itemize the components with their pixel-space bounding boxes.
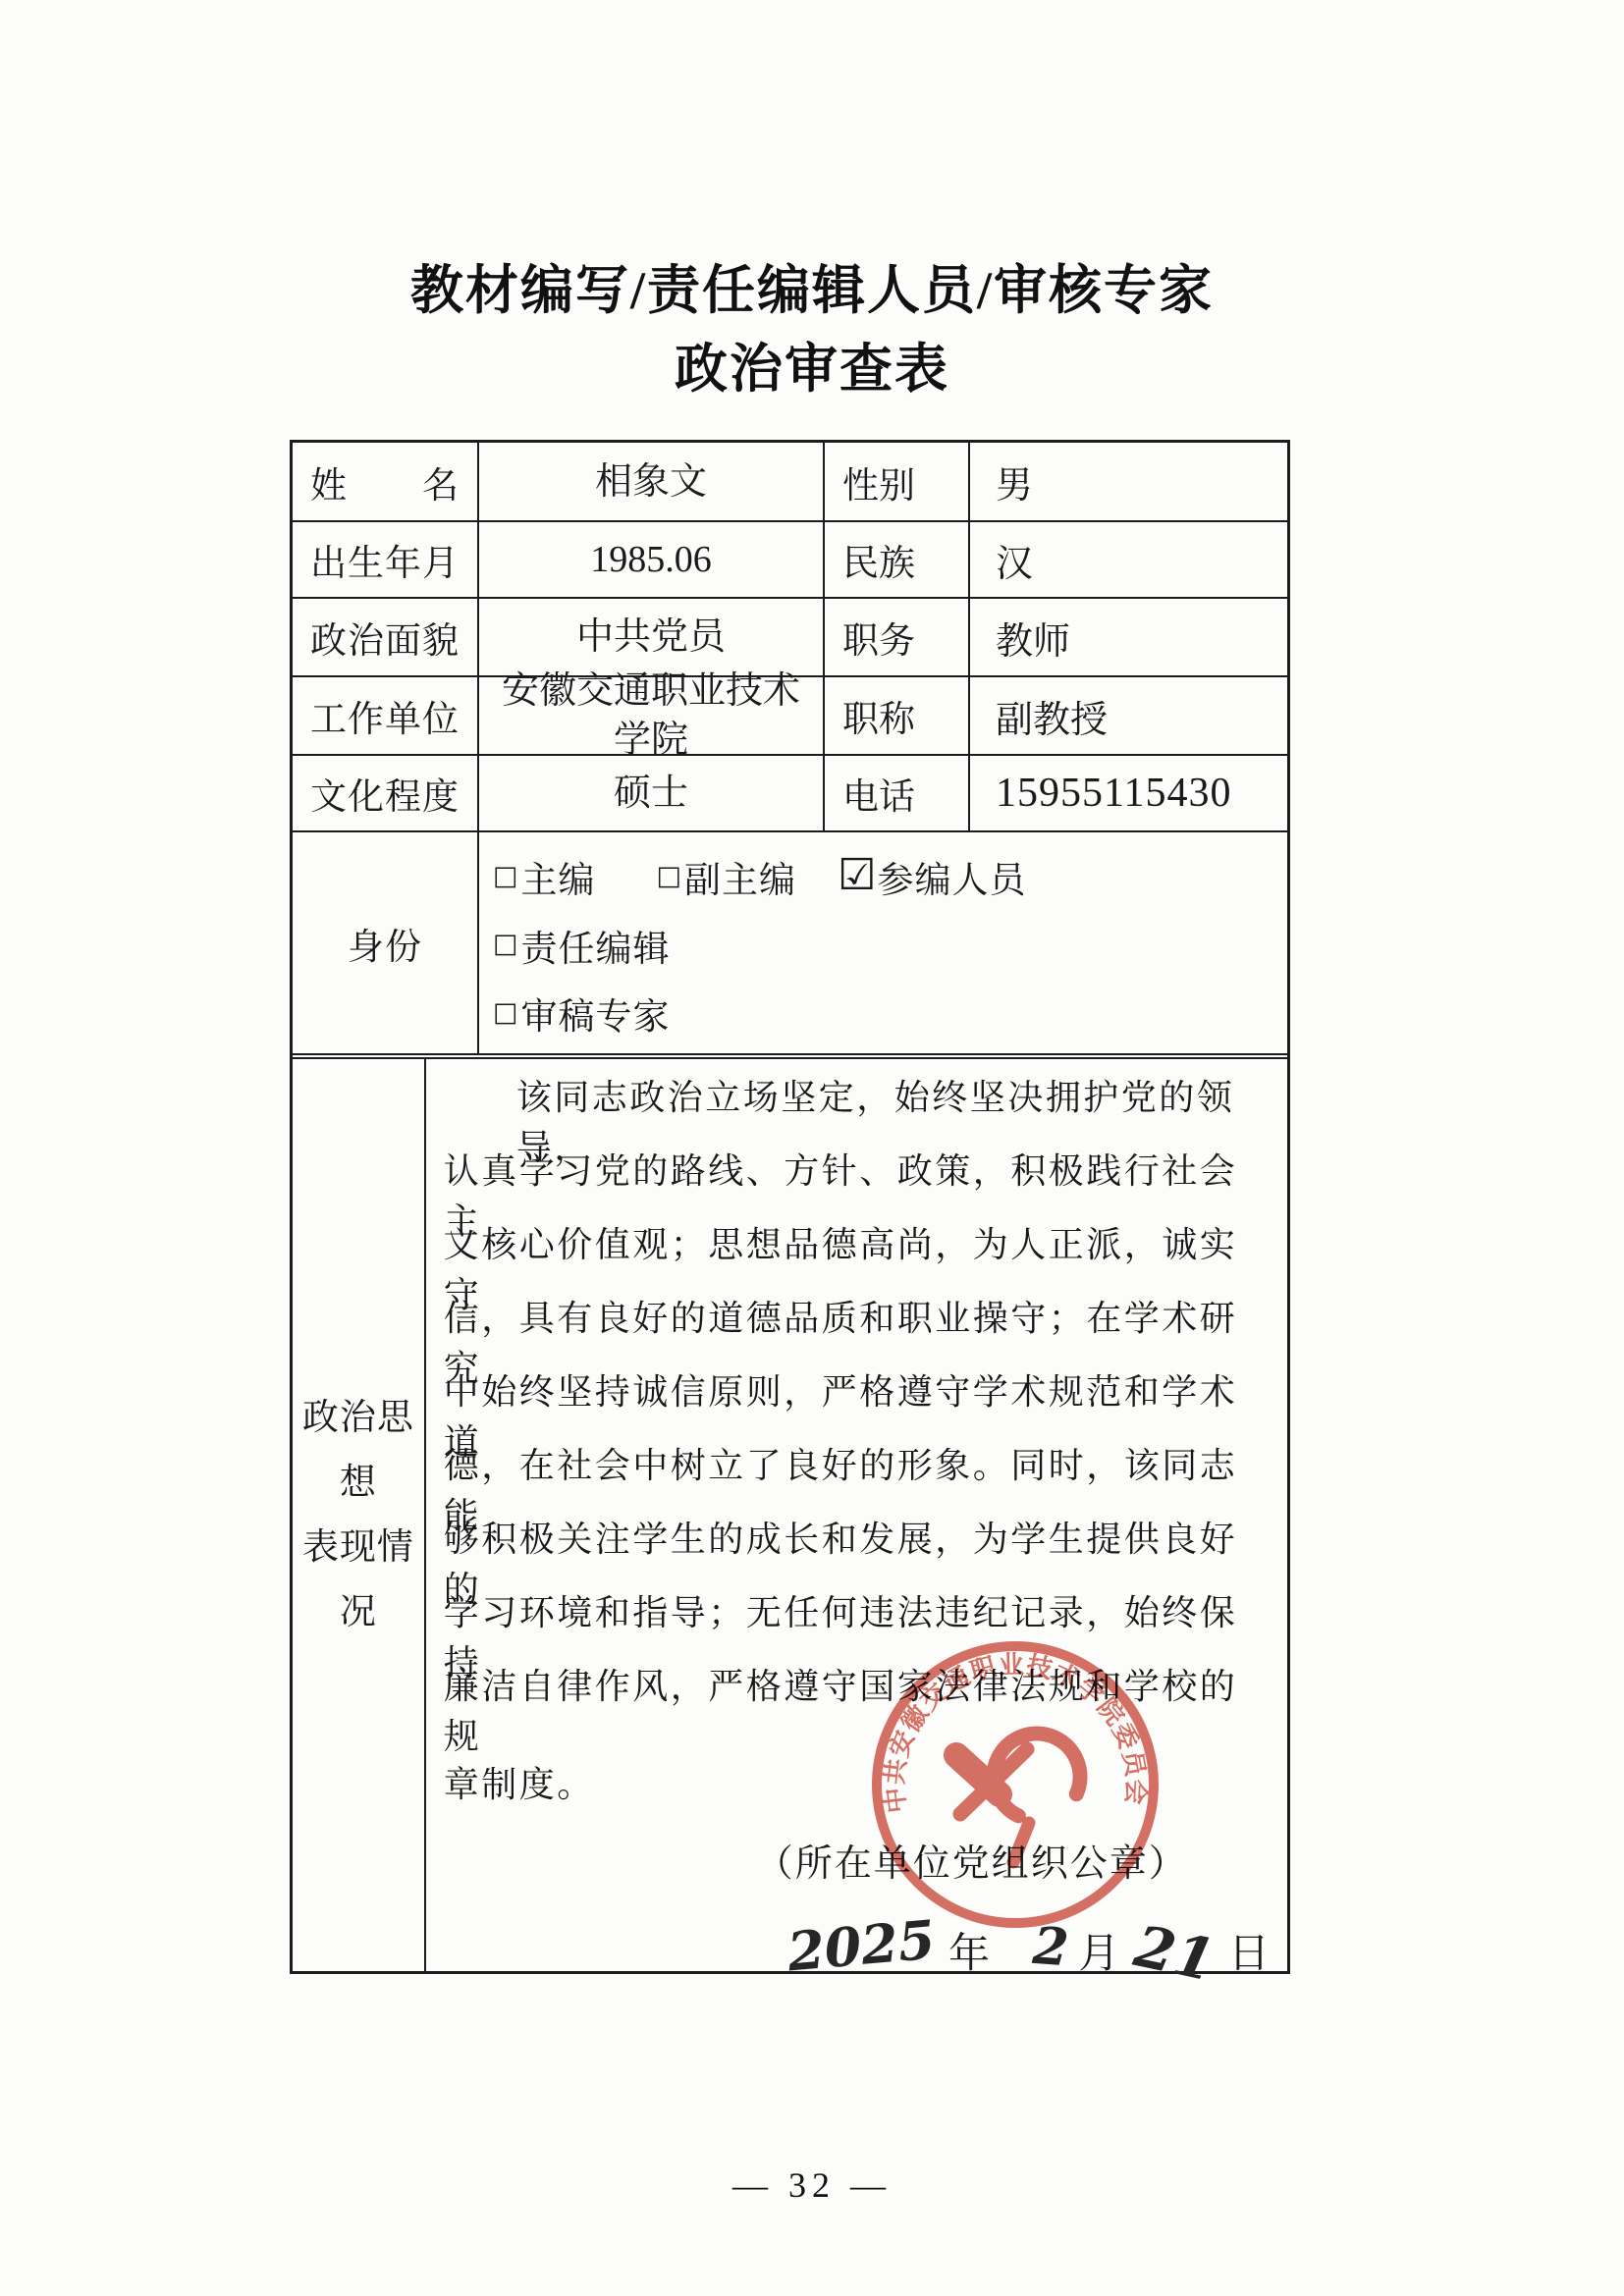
table-row-identity: 身份 □ 主编 □ 副主编 ☑ 参编人员	[293, 830, 1287, 1053]
option-responsible-editor: □ 责任编辑	[493, 919, 671, 972]
checkbox-unchecked-icon: □	[657, 861, 683, 891]
ethnicity-value: 汉	[968, 522, 1287, 597]
identity-option-line1: □ 主编 □ 副主编 ☑ 参编人员	[493, 846, 1287, 907]
checkbox-unchecked-icon: □	[493, 861, 519, 891]
seal-instruction-note: （所在单位党组织公章）	[444, 1833, 1270, 1887]
title-rank-value: 副教授	[968, 677, 1287, 754]
option-responsible-editor-label: 责任编辑	[521, 919, 671, 972]
work-unit-label: 工作单位	[293, 677, 477, 754]
form-title: 教材编写/责任编辑人员/审核专家 政治审查表	[0, 251, 1624, 408]
title-rank-label: 职称	[823, 677, 968, 754]
form-title-line2: 政治审查表	[0, 330, 1624, 408]
phone-label: 电话	[823, 756, 968, 830]
handwritten-month: 2	[1031, 1916, 1070, 1978]
phone-value: 15955115430	[968, 756, 1287, 830]
handwritten-day: 21	[1129, 1912, 1220, 1994]
option-chief-editor: □ 主编	[493, 850, 596, 903]
political-status-label: 政治面貌	[293, 599, 477, 675]
position-label: 职务	[823, 599, 968, 675]
checkbox-unchecked-icon: □	[493, 997, 519, 1028]
form-title-line1: 教材编写/责任编辑人员/审核专家	[0, 251, 1624, 330]
month-unit: 月	[1078, 1932, 1119, 1977]
signature-date: 2025 年 2 月 21 日	[444, 1910, 1270, 1977]
table-row-education: 文化程度 硕士 电话 15955115430	[293, 754, 1287, 830]
identity-options: □ 主编 □ 副主编 ☑ 参编人员 □ 责任编辑	[477, 832, 1287, 1053]
option-contributing-editor-checked: ☑ 参编人员	[838, 850, 1026, 903]
work-unit-value: 安徽交通职业技术 学院	[477, 677, 823, 754]
table-row-name: 姓 名 相象文 性别 男	[293, 443, 1287, 520]
review-text-line: 廉洁自律作风，严格遵守国家法律法规和学校的规	[444, 1672, 1270, 1745]
review-label: 政治思想 表现情况	[293, 1059, 424, 1971]
identity-label: 身份	[293, 832, 477, 1053]
position-value: 教师	[968, 599, 1287, 675]
review-body: 该同志政治立场坚定，始终坚决拥护党的领导， 认真学习党的路线、方针、政策，积极践…	[424, 1059, 1287, 1971]
name-value: 相象文	[477, 443, 823, 520]
review-form-table: 姓 名 相象文 性别 男 出生年月 1985.06 民族 汉 政治面貌 中共党员…	[290, 440, 1290, 1974]
option-deputy-editor: □ 副主编	[657, 850, 797, 903]
option-deputy-editor-label: 副主编	[684, 850, 796, 903]
identity-option-line3: □ 审稿专家	[493, 983, 1287, 1043]
option-chief-editor-label: 主编	[521, 850, 596, 903]
education-label: 文化程度	[293, 756, 477, 830]
checkbox-checked-icon: ☑	[838, 850, 877, 900]
option-review-expert: □ 审稿专家	[493, 987, 671, 1040]
option-review-expert-label: 审稿专家	[521, 987, 671, 1040]
page-number: — 32 —	[0, 2164, 1624, 2206]
political-status-value: 中共党员	[477, 599, 823, 675]
option-contributing-editor-label: 参编人员	[877, 850, 1026, 903]
table-row-work-unit: 工作单位 安徽交通职业技术 学院 职称 副教授	[293, 675, 1287, 754]
education-value: 硕士	[477, 756, 823, 830]
name-label: 姓 名	[293, 443, 477, 520]
gender-label: 性别	[823, 443, 968, 520]
checkbox-unchecked-icon: □	[493, 929, 519, 959]
table-row-review: 政治思想 表现情况 该同志政治立场坚定，始终坚决拥护党的领导， 认真学习党的路线…	[293, 1053, 1287, 1971]
birthdate-label: 出生年月	[293, 522, 477, 597]
handwritten-year: 2025	[785, 1908, 937, 1984]
ethnicity-label: 民族	[823, 522, 968, 597]
year-unit: 年	[948, 1932, 990, 1977]
scanned-form-page: 教材编写/责任编辑人员/审核专家 政治审查表 姓 名 相象文 性别 男 出生年月…	[0, 0, 1624, 2296]
birthdate-value: 1985.06	[477, 522, 823, 597]
table-row-political-status: 政治面貌 中共党员 职务 教师	[293, 597, 1287, 675]
gender-value: 男	[968, 443, 1287, 520]
identity-option-line2: □ 责任编辑	[493, 915, 1287, 976]
day-unit: 日	[1228, 1932, 1270, 1977]
table-row-birth: 出生年月 1985.06 民族 汉	[293, 520, 1287, 597]
